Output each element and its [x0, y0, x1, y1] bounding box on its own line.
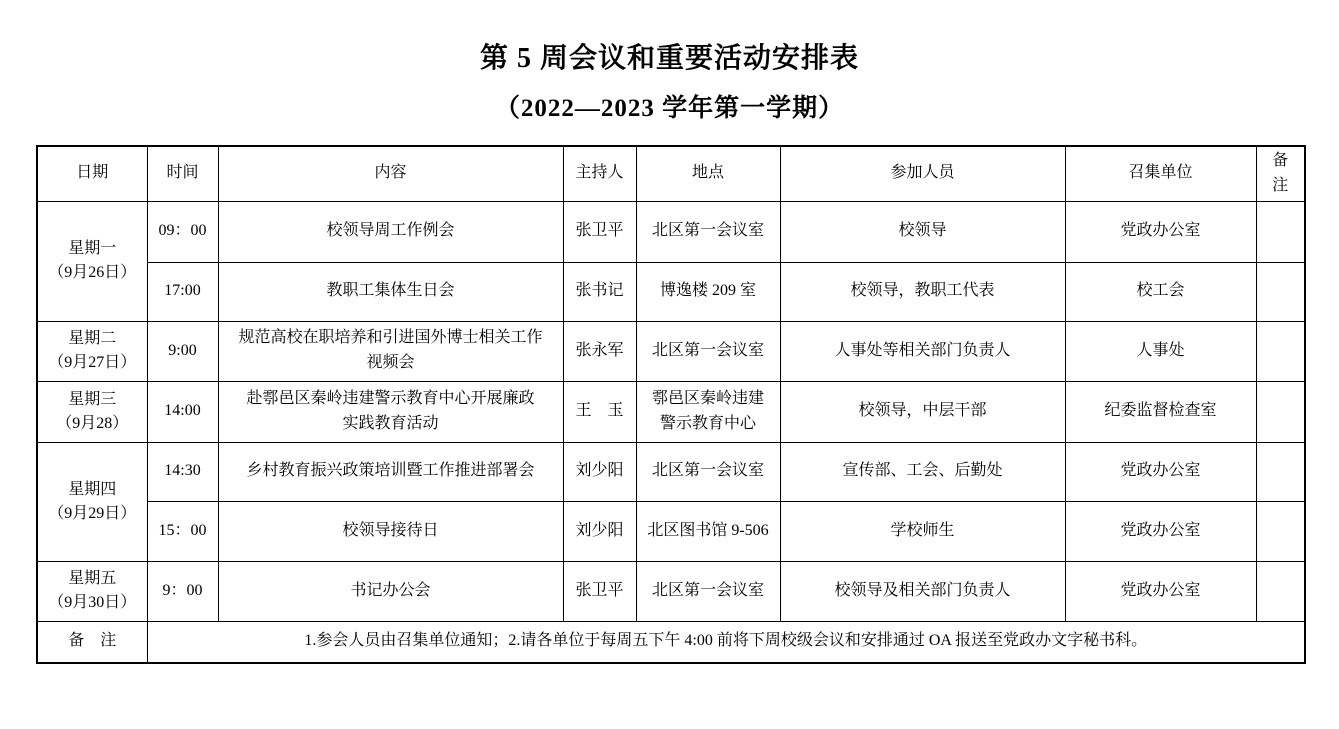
- location-cell: 博逸楼 209 室: [636, 262, 780, 321]
- location-cell: 北区第一会议室: [636, 201, 780, 262]
- time-cell: 17:00: [147, 262, 218, 321]
- date-cell: 星期五 （9月30日）: [37, 561, 147, 621]
- date-label: （9月27日）: [42, 351, 143, 375]
- host-cell: 张书记: [563, 262, 636, 321]
- table-row: 星期一 （9月26日） 09：00 校领导周工作例会 张卫平 北区第一会议室 校…: [37, 201, 1305, 262]
- organizer-cell: 党政办公室: [1065, 501, 1256, 561]
- date-cell: 星期三 （9月28）: [37, 381, 147, 442]
- note-cell: [1256, 321, 1305, 381]
- table-row: 星期三 （9月28） 14:00 赴鄠邑区秦岭违建警示教育中心开展廉政 实践教育…: [37, 381, 1305, 442]
- date-label: （9月29日）: [42, 502, 143, 526]
- participants-cell: 校领导，教职工代表: [780, 262, 1065, 321]
- content-cell: 规范高校在职培养和引进国外博士相关工作 视频会: [218, 321, 563, 381]
- content-cell: 校领导周工作例会: [218, 201, 563, 262]
- location-cell: 鄠邑区秦岭违建 警示教育中心: [636, 381, 780, 442]
- note-cell: [1256, 442, 1305, 501]
- content-cell: 校领导接待日: [218, 501, 563, 561]
- table-row: 17:00 教职工集体生日会 张书记 博逸楼 209 室 校领导，教职工代表 校…: [37, 262, 1305, 321]
- time-cell: 15：00: [147, 501, 218, 561]
- participants-cell: 宣传部、工会、后勤处: [780, 442, 1065, 501]
- page-subtitle: （2022—2023 学年第一学期）: [0, 75, 1339, 123]
- time-cell: 14:00: [147, 381, 218, 442]
- host-cell: 刘少阳: [563, 501, 636, 561]
- day-label: 星期三: [42, 388, 143, 412]
- header-date: 日期: [37, 146, 147, 201]
- header-participants: 参加人员: [780, 146, 1065, 201]
- organizer-cell: 人事处: [1065, 321, 1256, 381]
- date-cell: 星期一 （9月26日）: [37, 201, 147, 321]
- location-cell: 北区第一会议室: [636, 442, 780, 501]
- header-time: 时间: [147, 146, 218, 201]
- time-cell: 14:30: [147, 442, 218, 501]
- participants-cell: 人事处等相关部门负责人: [780, 321, 1065, 381]
- content-cell: 教职工集体生日会: [218, 262, 563, 321]
- location-cell: 北区第一会议室: [636, 321, 780, 381]
- organizer-cell: 党政办公室: [1065, 442, 1256, 501]
- day-label: 星期一: [42, 237, 143, 261]
- document-page: 第 5 周会议和重要活动安排表 （2022—2023 学年第一学期） 日期 时间…: [0, 0, 1339, 729]
- header-location: 地点: [636, 146, 780, 201]
- participants-cell: 校领导及相关部门负责人: [780, 561, 1065, 621]
- organizer-cell: 党政办公室: [1065, 561, 1256, 621]
- host-cell: 王 玉: [563, 381, 636, 442]
- footer-row: 备 注 1.参会人员由召集单位通知；2.请各单位于每周五下午 4:00 前将下周…: [37, 621, 1305, 663]
- organizer-cell: 校工会: [1065, 262, 1256, 321]
- table-row: 星期五 （9月30日） 9：00 书记办公会 张卫平 北区第一会议室 校领导及相…: [37, 561, 1305, 621]
- note-cell: [1256, 262, 1305, 321]
- table-row: 星期四 （9月29日） 14:30 乡村教育振兴政策培训暨工作推进部署会 刘少阳…: [37, 442, 1305, 501]
- note-cell: [1256, 381, 1305, 442]
- time-cell: 9:00: [147, 321, 218, 381]
- participants-cell: 校领导，中层干部: [780, 381, 1065, 442]
- footer-label-cell: 备 注: [37, 621, 147, 663]
- table-row: 15：00 校领导接待日 刘少阳 北区图书馆 9-506 学校师生 党政办公室: [37, 501, 1305, 561]
- date-label: （9月28）: [42, 412, 143, 436]
- organizer-cell: 纪委监督检查室: [1065, 381, 1256, 442]
- host-cell: 刘少阳: [563, 442, 636, 501]
- day-label: 星期二: [42, 327, 143, 351]
- date-label: （9月26日）: [42, 261, 143, 285]
- day-label: 星期四: [42, 478, 143, 502]
- table-header-row: 日期 时间 内容 主持人 地点 参加人员 召集单位 备 注: [37, 146, 1305, 201]
- header-remark: 备 注: [1256, 146, 1305, 201]
- footer-text-cell: 1.参会人员由召集单位通知；2.请各单位于每周五下午 4:00 前将下周校级会议…: [147, 621, 1305, 663]
- time-cell: 9：00: [147, 561, 218, 621]
- note-cell: [1256, 201, 1305, 262]
- content-cell: 书记办公会: [218, 561, 563, 621]
- host-cell: 张卫平: [563, 561, 636, 621]
- location-cell: 北区第一会议室: [636, 561, 780, 621]
- host-cell: 张卫平: [563, 201, 636, 262]
- day-label: 星期五: [42, 567, 143, 591]
- table-row: 星期二 （9月27日） 9:00 规范高校在职培养和引进国外博士相关工作 视频会…: [37, 321, 1305, 381]
- date-cell: 星期四 （9月29日）: [37, 442, 147, 561]
- organizer-cell: 党政办公室: [1065, 201, 1256, 262]
- time-cell: 09：00: [147, 201, 218, 262]
- note-cell: [1256, 501, 1305, 561]
- date-label: （9月30日）: [42, 591, 143, 615]
- location-cell: 北区图书馆 9-506: [636, 501, 780, 561]
- schedule-table: 日期 时间 内容 主持人 地点 参加人员 召集单位 备 注 星期一 （9月26日…: [36, 145, 1306, 664]
- header-host: 主持人: [563, 146, 636, 201]
- header-content: 内容: [218, 146, 563, 201]
- participants-cell: 学校师生: [780, 501, 1065, 561]
- host-cell: 张永军: [563, 321, 636, 381]
- content-cell: 赴鄠邑区秦岭违建警示教育中心开展廉政 实践教育活动: [218, 381, 563, 442]
- participants-cell: 校领导: [780, 201, 1065, 262]
- header-organizer: 召集单位: [1065, 146, 1256, 201]
- note-cell: [1256, 561, 1305, 621]
- date-cell: 星期二 （9月27日）: [37, 321, 147, 381]
- content-cell: 乡村教育振兴政策培训暨工作推进部署会: [218, 442, 563, 501]
- page-title: 第 5 周会议和重要活动安排表: [0, 0, 1339, 75]
